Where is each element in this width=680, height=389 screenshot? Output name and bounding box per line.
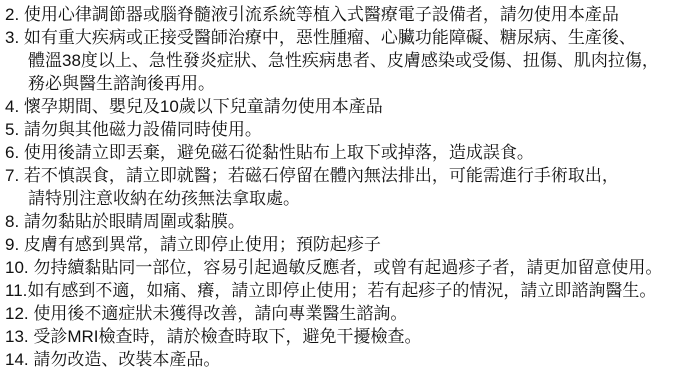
warning-item-2: 2. 使用心律調節器或腦脊髓液引流系統等植入式醫療電子設備者，請勿使用本產品 — [5, 3, 678, 26]
warning-item-13: 13. 受診MRI檢查時，請於檢查時取下，避免干擾檢查。 — [5, 325, 678, 348]
warning-item-11: 11.如有感到不適，如痛、癢，請立即停止使用；若有起疹子的情況，請立即諮詢醫生。 — [5, 279, 678, 302]
warning-item-14: 14. 請勿改造、改裝本產品。 — [5, 348, 678, 371]
warning-item-5: 5. 請勿與其他磁力設備同時使用。 — [5, 118, 678, 141]
warning-item-10: 10. 勿持續黏貼同一部位，容易引起過敏反應者，或曾有起過疹子者，請更加留意使用… — [5, 256, 678, 279]
warning-item-3: 3. 如有重大疾病或正接受醫師治療中，惡性腫瘤、心臟功能障礙、糖尿病、生產後、 … — [5, 26, 678, 95]
warning-item-8: 8. 請勿黏貼於眼睛周圍或黏膜。 — [5, 210, 678, 233]
warning-item-4: 4. 懷孕期間、嬰兒及10歲以下兒童請勿使用本產品 — [5, 95, 678, 118]
warning-document: 2. 使用心律調節器或腦脊髓液引流系統等植入式醫療電子設備者，請勿使用本產品 3… — [0, 0, 680, 389]
warning-item-12: 12. 使用後不適症狀未獲得改善，請向專業醫生諮詢。 — [5, 302, 678, 325]
warning-item-7: 7. 若不慎誤食，請立即就醫；若磁石停留在體內無法排出，可能需進行手術取出， 請… — [5, 164, 678, 210]
warning-item-6: 6. 使用後請立即丟棄，避免磁石從黏性貼布上取下或掉落，造成誤食。 — [5, 141, 678, 164]
warning-item-9: 9. 皮膚有感到異常，請立即停止使用；預防起疹子 — [5, 233, 678, 256]
